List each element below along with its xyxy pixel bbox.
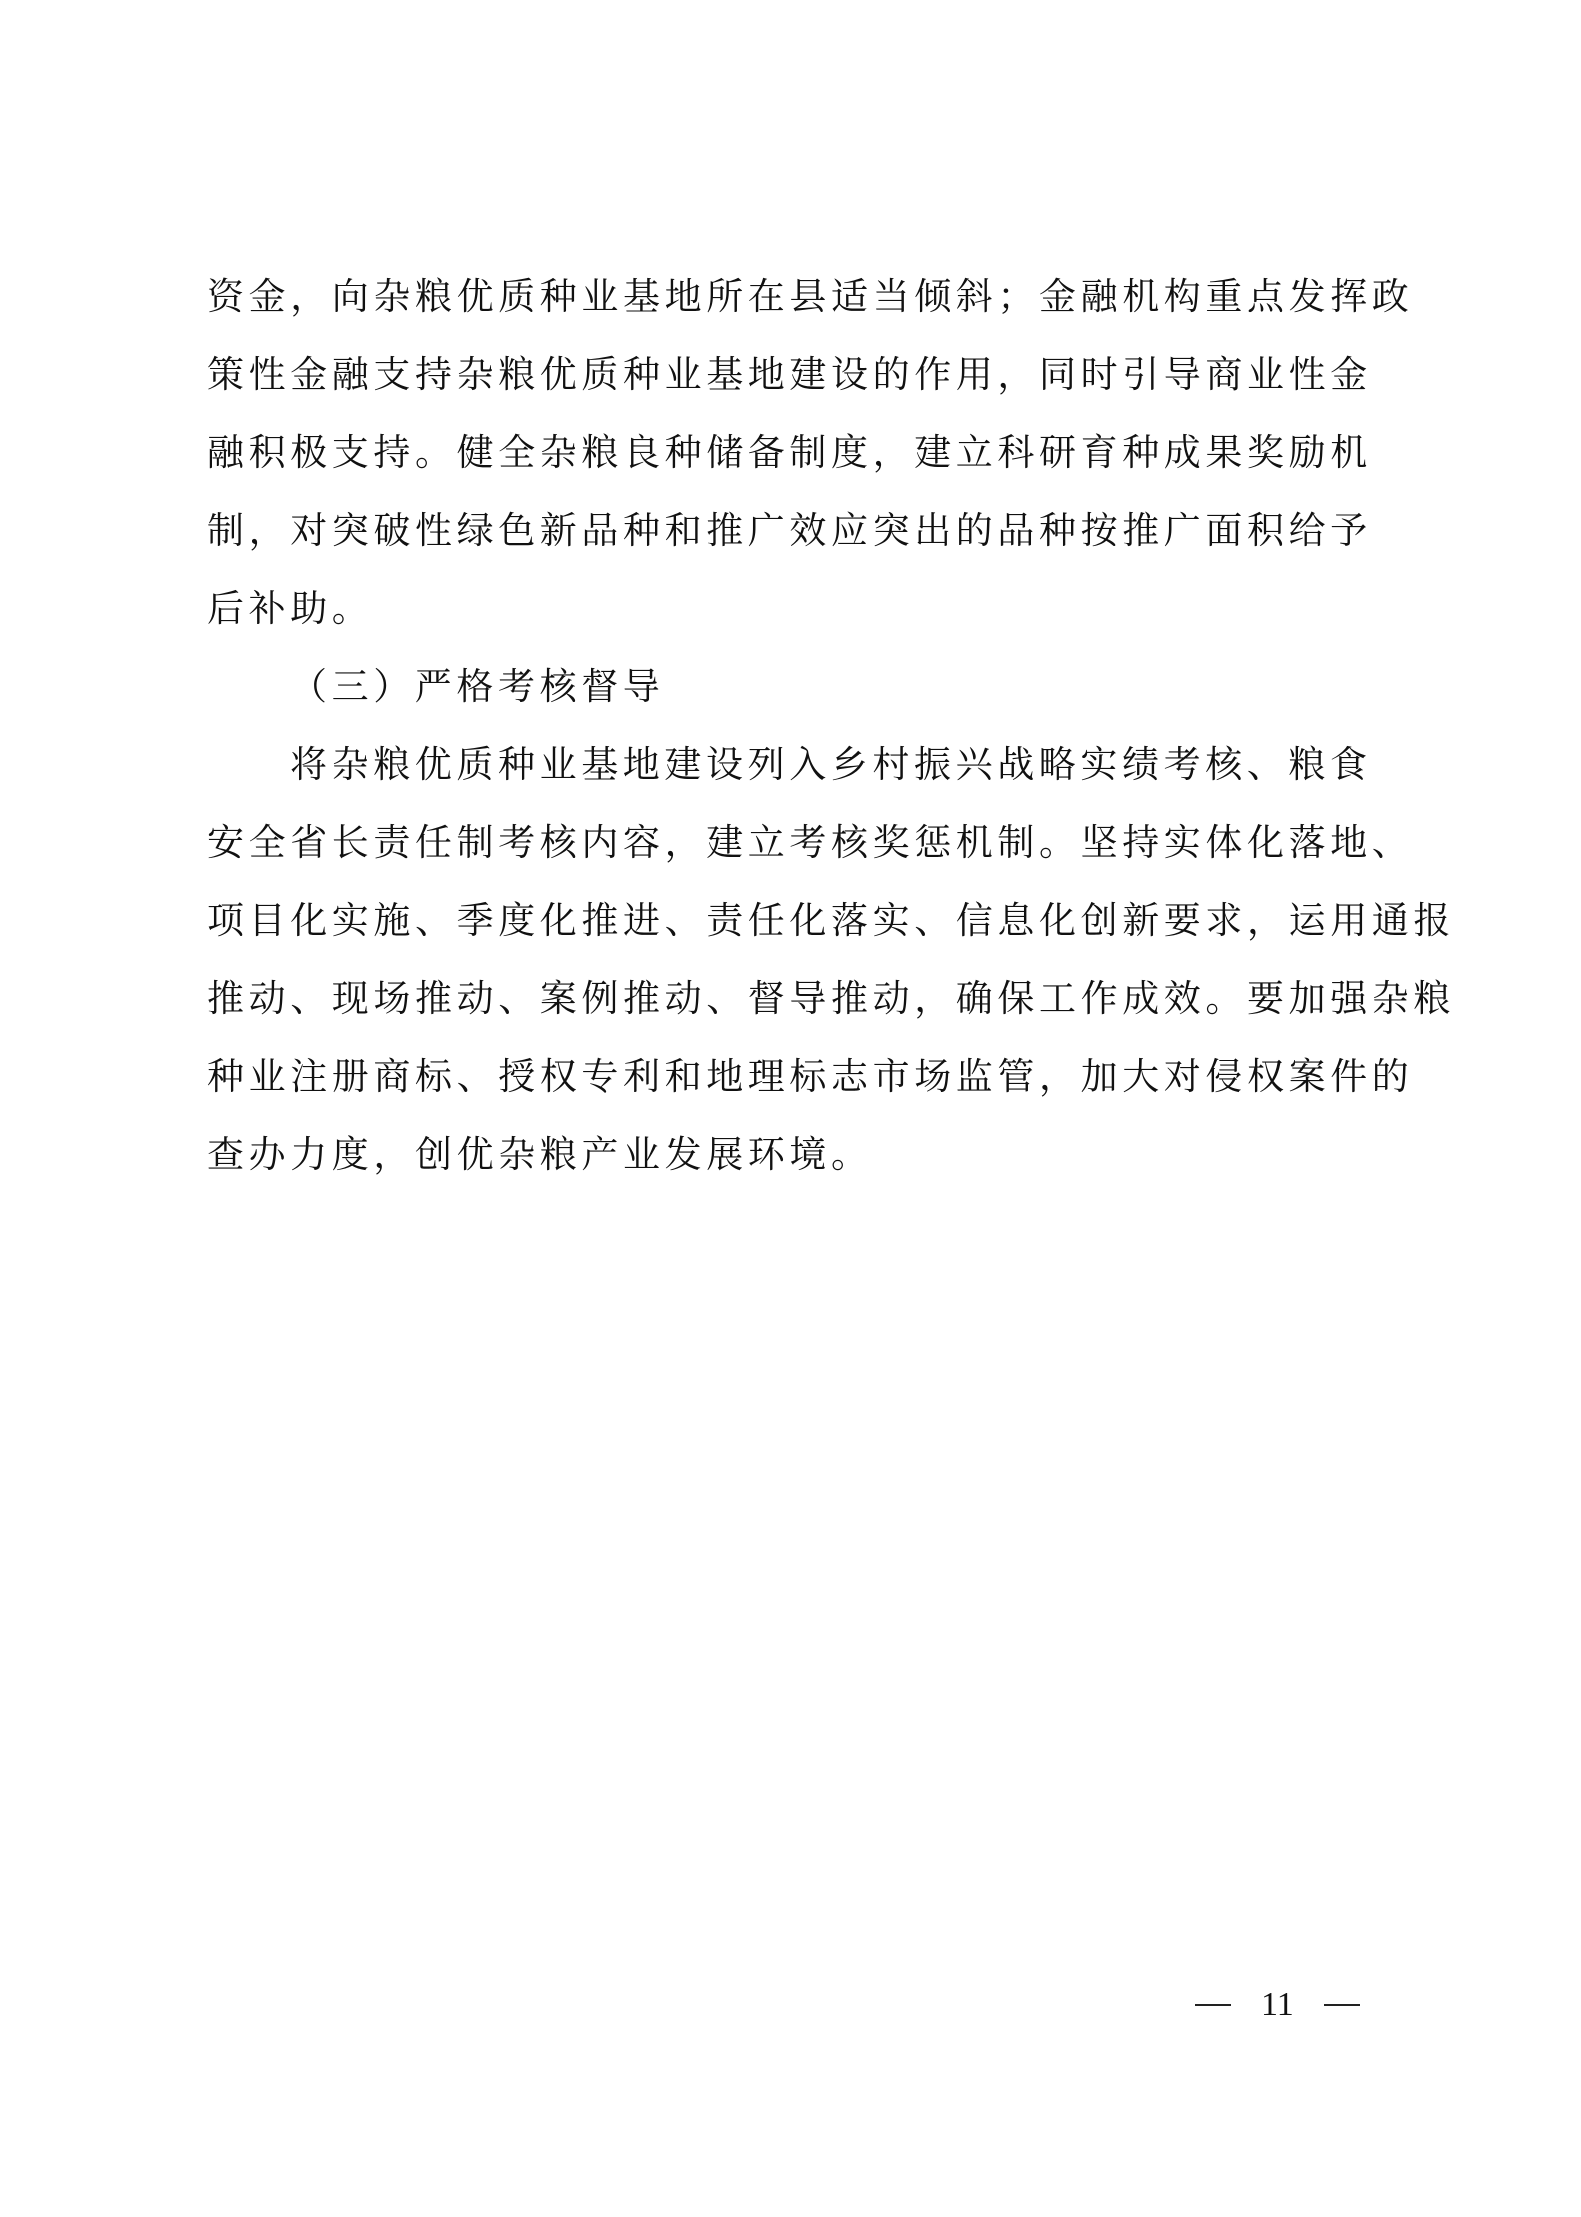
- paragraph-1-line: 策性金融支持杂粮优质种业基地建设的作用，同时引导商业性金: [207, 336, 1379, 414]
- dash-left: [1195, 2004, 1231, 2006]
- section-heading: （三）严格考核督导: [207, 648, 1379, 726]
- paragraph-2-line: 查办力度，创优杂粮产业发展环境。: [207, 1116, 1379, 1194]
- paragraph-2-line: 将杂粮优质种业基地建设列入乡村振兴战略实绩考核、粮食: [207, 726, 1379, 804]
- paragraph-1-line: 制，对突破性绿色新品种和推广效应突出的品种按推广面积给予: [207, 492, 1379, 570]
- body-text: 资金，向杂粮优质种业基地所在县适当倾斜；金融机构重点发挥政 策性金融支持杂粮优质…: [207, 258, 1379, 1194]
- paragraph-1-line: 资金，向杂粮优质种业基地所在县适当倾斜；金融机构重点发挥政: [207, 258, 1379, 336]
- paragraph-2-line: 种业注册商标、授权专利和地理标志市场监管，加大对侵权案件的: [207, 1038, 1379, 1116]
- page-number-value: 11: [1261, 1985, 1294, 2025]
- page-number: 11: [1195, 1985, 1395, 2025]
- document-page: 资金，向杂粮优质种业基地所在县适当倾斜；金融机构重点发挥政 策性金融支持杂粮优质…: [0, 0, 1581, 2217]
- paragraph-2-line: 项目化实施、季度化推进、责任化落实、信息化创新要求，运用通报: [207, 882, 1379, 960]
- paragraph-2-line: 推动、现场推动、案例推动、督导推动，确保工作成效。要加强杂粮: [207, 960, 1379, 1038]
- dash-right: [1324, 2004, 1360, 2006]
- paragraph-1-line: 后补助。: [207, 570, 1379, 648]
- paragraph-2-line: 安全省长责任制考核内容，建立考核奖惩机制。坚持实体化落地、: [207, 804, 1379, 882]
- paragraph-1-line: 融积极支持。健全杂粮良种储备制度，建立科研育种成果奖励机: [207, 414, 1379, 492]
